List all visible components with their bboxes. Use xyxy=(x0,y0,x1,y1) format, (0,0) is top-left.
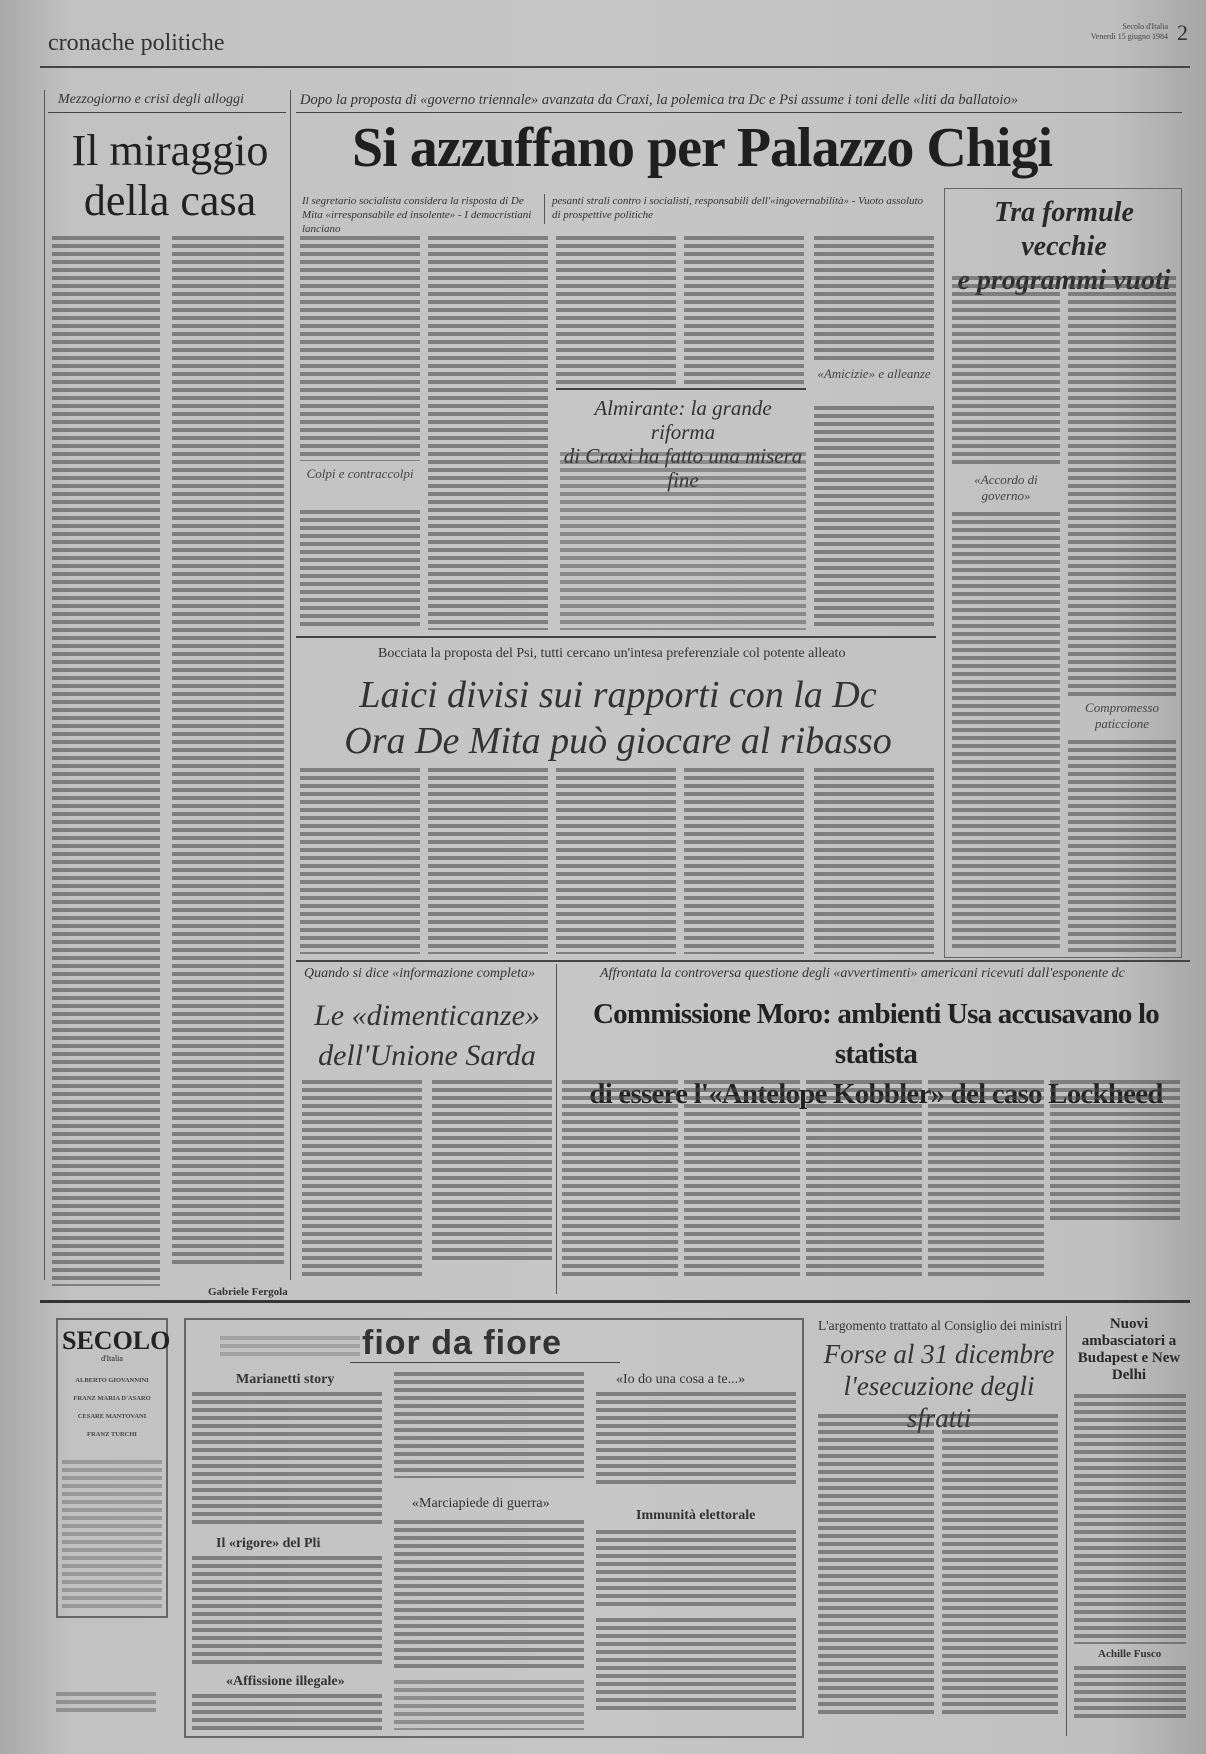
subhead-compromesso: Compromesso paticcione xyxy=(1068,700,1176,732)
sidebar-column-2 xyxy=(1068,276,1176,696)
laici-top-rule xyxy=(296,636,936,638)
fior-item-affissione: «Affissione illegale» xyxy=(226,1674,345,1690)
fior-item-io-do: «Io do una cosa a te...» xyxy=(616,1372,745,1388)
laici-kicker: Bocciata la proposta del Psi, tutti cerc… xyxy=(378,646,845,662)
subhead-colpi: Colpi e contraccolpi xyxy=(300,466,420,482)
secolo-staff: ALBERTO GIOVANNINI FRANZ MARIA D'ASARO C… xyxy=(60,1372,164,1444)
left-article-kicker: Mezzogiorno e crisi degli alloggi xyxy=(58,92,244,108)
main-article-column-5 xyxy=(814,236,934,361)
almirante-body xyxy=(560,452,806,630)
fior-col-2b xyxy=(394,1520,584,1670)
newspaper-page: cronache politiche Secolo d'Italia Vener… xyxy=(0,0,1206,1754)
secolo-footnote xyxy=(56,1692,156,1716)
left-kicker-rule xyxy=(48,112,286,113)
main-article-deck-right: pesanti strali contro i socialisti, resp… xyxy=(552,194,932,222)
moro-kicker: Affrontata la controversa questione degl… xyxy=(600,966,1125,982)
fior-item-rigore: Il «rigore» del Pli xyxy=(216,1536,320,1552)
fior-title-rule xyxy=(350,1362,620,1363)
unione-sarda-column-1 xyxy=(302,1080,422,1280)
fior-col-2c xyxy=(394,1680,584,1730)
left-frame-rule-right xyxy=(290,90,291,1280)
issue-date: Venerdì 15 giugno 1984 xyxy=(1091,32,1168,42)
main-kicker-rule xyxy=(296,112,1182,113)
secolo-title: SECOLO xyxy=(62,1326,170,1356)
fior-col-1a xyxy=(192,1392,382,1528)
almirante-top-rule xyxy=(556,388,806,390)
secolo-info xyxy=(62,1460,162,1610)
ambasciatori-column xyxy=(1074,1394,1186,1644)
fior-item-marciapiede: «Marciapiede di guerra» xyxy=(412,1496,550,1512)
ambasciatori-byline: Achille Fusco xyxy=(1098,1648,1161,1660)
page-info: Secolo d'Italia Venerdì 15 giugno 1984 xyxy=(1091,22,1168,42)
laici-column-2 xyxy=(428,768,548,954)
fior-col-3b xyxy=(596,1530,796,1610)
ambasciatori-headline: Nuovi ambasciatori a Budapest e New Delh… xyxy=(1072,1316,1186,1384)
laici-column-5 xyxy=(814,768,934,954)
unione-sarda-kicker: Quando si dice «informazione completa» xyxy=(304,966,535,982)
laici-column-4 xyxy=(684,768,804,954)
sidebar-column-1 xyxy=(952,276,1060,466)
lower-section-rule xyxy=(296,960,1190,962)
bottom-section-rule xyxy=(40,1300,1190,1303)
deck-divider xyxy=(544,194,545,224)
lower-divider xyxy=(556,964,557,1294)
sfratti-divider xyxy=(1066,1316,1067,1736)
section-title: cronache politiche xyxy=(48,30,225,57)
left-article-column-2 xyxy=(172,236,284,1266)
sfratti-column-1 xyxy=(818,1414,934,1714)
main-article-kicker: Dopo la proposta di «governo triennale» … xyxy=(300,92,1018,109)
subhead-accordo: «Accordo di governo» xyxy=(952,472,1060,504)
fior-col-1c xyxy=(192,1694,382,1732)
fior-col-2a xyxy=(394,1372,584,1478)
secolo-subtitle: d'Italia xyxy=(60,1354,164,1363)
main-article-column-1b xyxy=(300,510,420,630)
sidebar-column-1b xyxy=(952,512,1060,952)
fior-decoration-lines xyxy=(220,1336,360,1360)
fior-da-fiore-title: fior da fiore xyxy=(362,1324,562,1363)
fior-item-marianetti: Marianetti story xyxy=(236,1372,334,1388)
ambasciatori-column-b xyxy=(1074,1666,1186,1722)
subhead-amicizie: «Amicizie» e alleanze xyxy=(814,366,934,382)
left-article-headline: Il miraggio della casa xyxy=(60,126,280,226)
main-article-column-1 xyxy=(300,236,420,461)
left-frame-rule xyxy=(44,90,45,1280)
fior-col-3c xyxy=(596,1618,796,1714)
main-article-headline: Si azzuffano per Palazzo Chigi xyxy=(352,116,1052,180)
main-article-column-4 xyxy=(684,236,804,384)
moro-column-2 xyxy=(684,1080,800,1280)
unione-sarda-headline: Le «dimenticanze» dell'Unione Sarda xyxy=(300,996,554,1076)
main-article-deck-left: Il segretario socialista considera la ri… xyxy=(302,194,534,236)
moro-column-1 xyxy=(562,1080,678,1280)
masthead-rule xyxy=(40,66,1190,68)
main-article-column-3 xyxy=(556,236,676,384)
unione-sarda-column-2 xyxy=(432,1080,552,1260)
main-article-column-2 xyxy=(428,236,548,630)
main-article-column-5b xyxy=(814,406,934,630)
moro-column-5 xyxy=(1050,1080,1180,1220)
moro-column-3 xyxy=(806,1080,922,1280)
fior-col-1b xyxy=(192,1556,382,1668)
sfratti-kicker: L'argomento trattato al Consiglio dei mi… xyxy=(818,1318,1062,1334)
sfratti-column-2 xyxy=(942,1414,1058,1714)
laici-headline: Laici divisi sui rapporti con la Dc Ora … xyxy=(300,672,936,764)
fior-col-3a xyxy=(596,1392,796,1488)
laici-column-1 xyxy=(300,768,420,954)
newspaper-name: Secolo d'Italia xyxy=(1091,22,1168,32)
left-article-byline: Gabriele Fergola xyxy=(206,1286,290,1298)
left-article-column-1 xyxy=(52,236,160,1286)
fior-item-immunita: Immunità elettorale xyxy=(636,1508,755,1524)
page-number: 2 xyxy=(1177,20,1188,46)
moro-column-4 xyxy=(928,1080,1044,1280)
laici-column-3 xyxy=(556,768,676,954)
sidebar-column-2b xyxy=(1068,740,1176,952)
